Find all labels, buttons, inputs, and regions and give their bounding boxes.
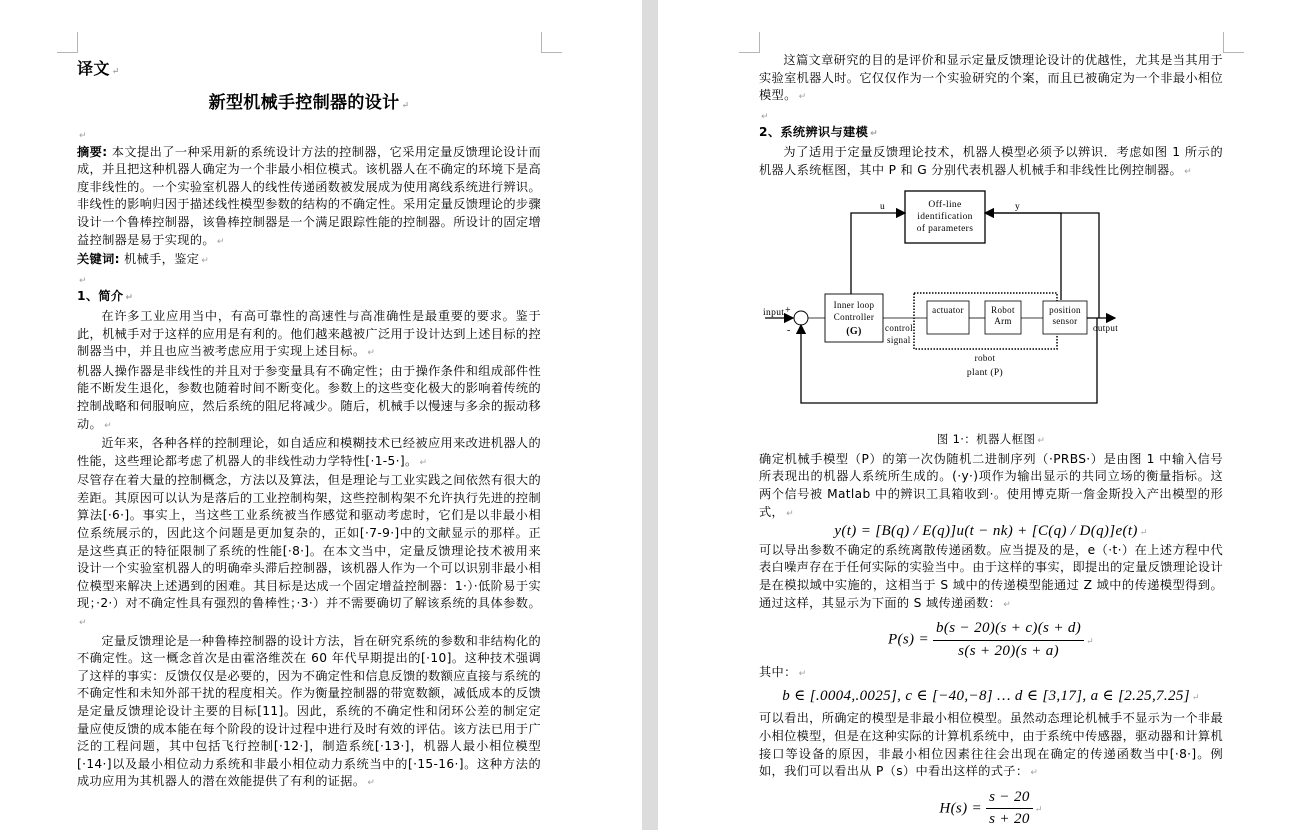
svg-text:robot: robot	[975, 353, 996, 363]
svg-text:of parameters: of parameters	[917, 223, 974, 234]
margin-corner-mark	[739, 32, 760, 53]
svg-text:Robot: Robot	[991, 305, 1015, 315]
svg-text:position: position	[1049, 305, 1081, 315]
body-paragraph: 近年来，各种各样的控制理论，如自适应和模糊技术已经被应用来改进机器人的性能，这些…	[77, 435, 541, 472]
fraction: b(s − 20)(s + c)(s + d) s(s + 20)(s + a)	[933, 620, 1084, 660]
section-heading-intro: 1、简介↵	[77, 288, 541, 308]
robot-block-diagram-figure: Off-line identification of parameters u …	[759, 181, 1223, 431]
empty-paragraph: ↵	[77, 271, 541, 289]
body-paragraph: 这篇文章研究的目的是评价和显示定量反馈理论设计的优越性，尤其是当其用于实验室机器…	[759, 52, 1223, 107]
translation-heading: 译文↵	[77, 58, 541, 83]
document-page-right: 这篇文章研究的目的是评价和显示定量反馈理论设计的优越性，尤其是当其用于实验室机器…	[658, 0, 1304, 830]
margin-corner-mark	[1223, 32, 1244, 53]
equation-parameter-ranges: b ∈ [.0004,.0025], c ∈ [−40,−8] … d ∈ [3…	[759, 688, 1223, 707]
document-title: 新型机械手控制器的设计↵	[77, 91, 541, 118]
margin-corner-mark	[541, 32, 562, 53]
svg-text:Off-line: Off-line	[928, 199, 961, 210]
svg-text:input: input	[763, 308, 784, 318]
empty-paragraph: ↵	[77, 126, 541, 144]
figure-caption: 图 1·：机器人框图↵	[759, 431, 1223, 451]
body-paragraph: 尽管存在着大量的控制概念，方法以及算法，但是理论与工业实践之间依然有很大的差距。…	[77, 472, 541, 632]
page-gutter	[642, 0, 658, 830]
right-page-body: 这篇文章研究的目的是评价和显示定量反馈理论设计的优越性，尤其是当其用于实验室机器…	[759, 52, 1223, 830]
svg-text:identification: identification	[917, 211, 973, 222]
body-paragraph: 确定机械手模型（P）的第一次伪随机二进制序列（·PRBS·）是由图 1 中输入信…	[759, 451, 1223, 523]
keywords-paragraph: 关键词: 机械手，鉴定↵	[77, 251, 541, 271]
empty-paragraph: ↵	[759, 107, 1223, 125]
svg-text:signal: signal	[887, 335, 911, 345]
svg-text:+: +	[785, 305, 791, 316]
fraction: s − 20 s + 20	[986, 789, 1033, 829]
svg-text:plant (P): plant (P)	[967, 367, 1003, 378]
svg-text:y: y	[1015, 202, 1020, 212]
block-diagram: Off-line identification of parameters u …	[759, 181, 1223, 421]
svg-text:Controller: Controller	[834, 312, 875, 322]
svg-text:Arm: Arm	[994, 316, 1012, 326]
svg-text:u: u	[880, 202, 885, 212]
svg-text:actuator: actuator	[932, 305, 964, 315]
where-label: 其中：↵	[759, 664, 1223, 684]
svg-text:Inner loop: Inner loop	[834, 300, 875, 310]
margin-corner-mark	[57, 32, 78, 53]
equation-plant-transfer-function: P(s) = b(s − 20)(s + c)(s + d) s(s + 20)…	[759, 620, 1223, 660]
equation-nonminimum-phase: H(s) = s − 20 s + 20 ↵	[759, 789, 1223, 829]
svg-text:sensor: sensor	[1052, 316, 1077, 326]
svg-text:-: -	[787, 325, 791, 336]
section-heading-identification: 2、系统辨识与建模↵	[759, 124, 1223, 144]
document-page-left: 译文↵ 新型机械手控制器的设计↵ ↵ 摘要: 本文提出了一种采用新的系统设计方法…	[0, 0, 642, 830]
body-paragraph: 为了适用于定量反馈理论技术，机器人模型必须予以辨识．考虑如图 1 所示的机器人系…	[759, 144, 1223, 181]
body-paragraph: 可以导出参数不确定的系统离散传递函数。应当提及的是，e（·t·）在上述方程中代表…	[759, 542, 1223, 614]
body-paragraph: 机器人操作器是非线性的并且对于参变量具有不确定性；由于操作条件和组成部件性能不断…	[77, 363, 541, 435]
abstract-paragraph: 摘要: 本文提出了一种采用新的系统设计方法的控制器，它采用定量反馈理论设计而成，…	[77, 144, 541, 252]
left-page-body: 译文↵ 新型机械手控制器的设计↵ ↵ 摘要: 本文提出了一种采用新的系统设计方法…	[77, 58, 541, 793]
svg-text:(G): (G)	[846, 326, 862, 337]
equation-box-jenkins: y(t) = [B(q) / E(q)]u(t − nk) + [C(q) / …	[759, 523, 1223, 542]
svg-text:control: control	[885, 323, 913, 333]
body-paragraph: 在许多工业应用当中，有高可靠性的高速性与高准确性是最重要的要求。鉴于此，机械手对…	[77, 308, 541, 363]
body-paragraph: 定量反馈理论是一种鲁棒控制器的设计方法，旨在研究系统的参数和非结构化的不确定性。…	[77, 633, 541, 793]
body-paragraph: 可以看出，所确定的模型是非最小相位模型。虽然动态理论机械手不显示为一个非最小相位…	[759, 710, 1223, 782]
